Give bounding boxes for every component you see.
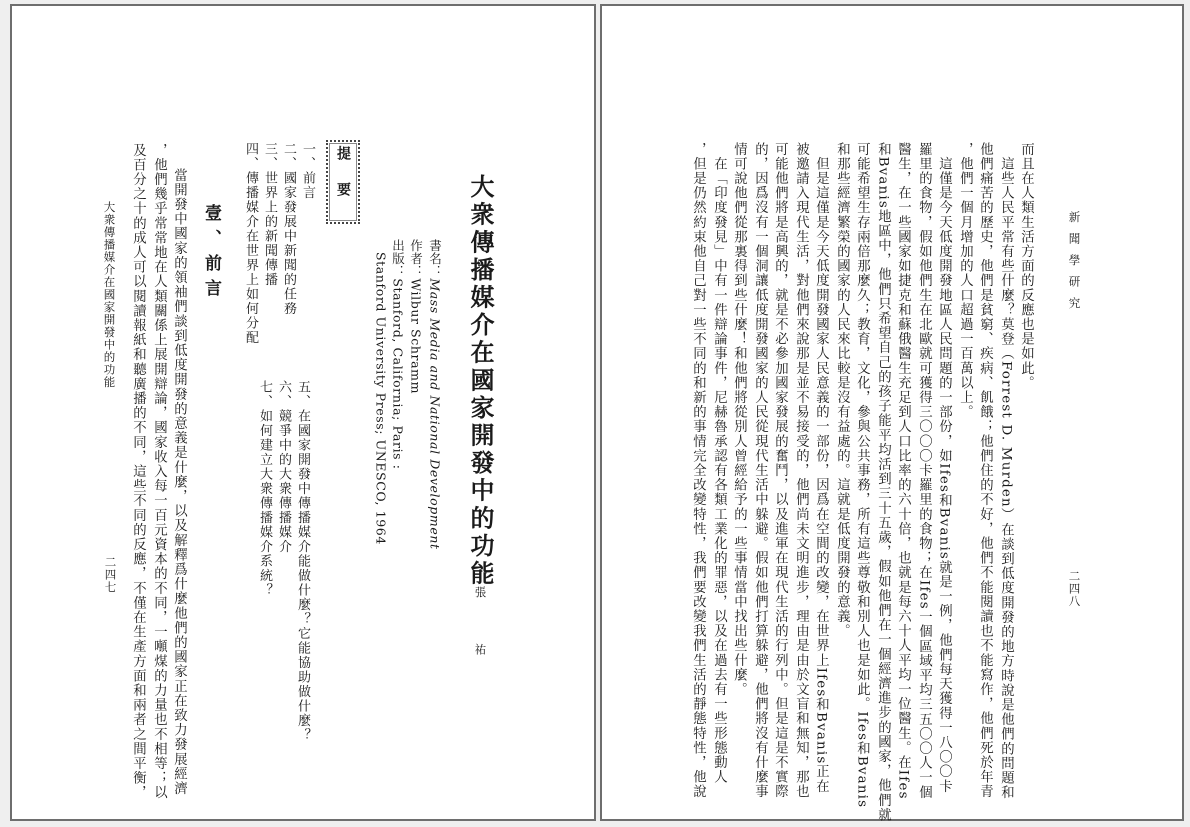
abstract-label-box: 提要 (326, 140, 360, 224)
journal-header: 新聞學研究 (1068, 211, 1080, 319)
page-number-right: 二四八 (1068, 570, 1080, 608)
book-author-line: 作者：Wilbur Schramm (409, 239, 422, 394)
author-name: 張祐 (474, 586, 486, 701)
body-line-7: 醫生，在一些國家如捷克和蘇俄醫生充足到人口比率的六十倍，也就是每六十人平均一位醫… (896, 142, 909, 800)
book-publisher-label: 出版： (391, 239, 406, 278)
body-line-16: 在「印度發見」中有一件辯論事件，尼赫魯承認有各類工業化的罪惡，以及在過去有一些形… (712, 142, 725, 784)
body-line-1: 當開發中國家的領袖們談到低度開發的意義是什麼，以及解釋爲什麼他們的國家正在致力發… (172, 168, 185, 796)
body-line-2: 這些人民平常有些什麼？莫登（Forrest D. Murden）在談到低度開發的… (999, 142, 1012, 800)
toc-item-4: 四、傳播媒介在世界上如何分配 (244, 142, 257, 345)
body-line-8: 和Bvanis地區中，他們只希望自己的孩子能平均活到三十五歲，假如他們在一個經濟… (876, 142, 889, 822)
body-line-12: 被邀請入現代生活，對他們來說那是並不易接受的，他們尚未文明進步，理由是由於文盲和… (794, 142, 807, 799)
toc-item-2: 二、國家發展中新聞的任務 (282, 142, 295, 316)
book-publisher-value-1: Stanford, California; Paris : (391, 278, 406, 469)
body-line-3: 及百分之十的成人可以閱讀報紙和聽廣播的不同，這些不同的反應，不僅在生產方面和兩者… (131, 143, 144, 800)
book-publisher-value-2: Stanford University Press; UNESCO, 1964 (374, 252, 387, 545)
book-title-value: Mass Media and National Development (428, 278, 443, 549)
book-author-label: 作者： (409, 239, 424, 278)
body-line-6: 羅里的食物，假如他們生在北歐就可獲得三〇〇〇卡羅里的食物；在Ifes一個區域平均… (917, 142, 930, 800)
toc-item-5: 五、在國家開發中傳播媒介能做什麼？它能協助做什麼？ (296, 380, 309, 743)
toc-item-1: 一、前言 (301, 142, 314, 200)
right-page: 新聞學研究 二四八 而且在人類生活方面的反應也是如此。 這些人民平常有些什麼？莫… (600, 4, 1184, 821)
body-line-5: 這僅是今天低度開發地區人民問題的一部份，如Ifes和Bvanis就是一例，他們每… (937, 142, 950, 794)
article-title: 大衆傳播媒介在國家開發中的功能 (468, 174, 492, 588)
body-line-11: 但是這僅是今天低度開發國家人民意義的一部份，因爲在空間的改變，在世界上Ifes和… (814, 142, 827, 794)
toc-item-3: 三、世界上的新聞傳播 (263, 142, 276, 287)
body-line-10: 和那些經濟繁榮的國家的人民來比較是沒有益處的。這就是低度開發的意義。 (835, 142, 848, 638)
body-line-14: 的，因爲沒有一個洞讓低度開發國家的人民從現代生活中躲避。假如他們打算躲避，他們將… (753, 142, 766, 799)
section-heading: 壹、前言 (202, 204, 219, 304)
body-line-2: ，他們幾乎常常地在人類關係上展開辯論，國家收入每一百元資本的不同，一噸煤的力量也… (152, 143, 165, 800)
body-line-15: 情可說他們從那裏得到些什麼！和他們將從別人曾經給予的一些事情當中找出些什麼。 (732, 142, 745, 697)
body-line-4: ，他們一個月增加的人口超過一百萬以上。 (958, 142, 971, 419)
page-number-left: 二四七 (104, 556, 116, 594)
book-title-label: 書名： (428, 239, 443, 278)
toc-item-6: 六、競爭中的大衆傳播媒介 (277, 380, 290, 554)
left-page: 大衆傳播媒介在國家開發中的功能 張祐 書名：Mass Media and Nat… (10, 4, 596, 821)
body-line-3: 他們痛苦的歷史，他們是貧窮、疾病、飢餓；他們住的不好，他們不能閱讀也不能寫作，他… (978, 142, 991, 799)
book-author-value: Wilbur Schramm (409, 278, 424, 394)
body-line-9: 可能希望生存兩倍那麼久；教育，文化，參與公共事務，所有這些尊敬和別人也是如此。I… (855, 142, 868, 808)
body-line-17: ，但是仍然約束他自己對一些不同的和新的事情完全改變特性，我們要改變我們生活的靜態… (691, 142, 704, 799)
body-line-13: 可能他們將是高興的，就是不必參加國家發展的奮鬥，以及進軍在現代生活的行列中。但是… (773, 142, 786, 799)
toc-item-7: 七、如何建立大衆傳播媒介系統？ (258, 380, 271, 598)
book-title-line: 書名：Mass Media and National Development (428, 239, 441, 550)
book-publisher-line: 出版：Stanford, California; Paris : (391, 239, 404, 470)
running-title: 大衆傳播媒介在國家開發中的功能 (103, 201, 115, 389)
body-line-1: 而且在人類生活方面的反應也是如此。 (1019, 142, 1032, 390)
